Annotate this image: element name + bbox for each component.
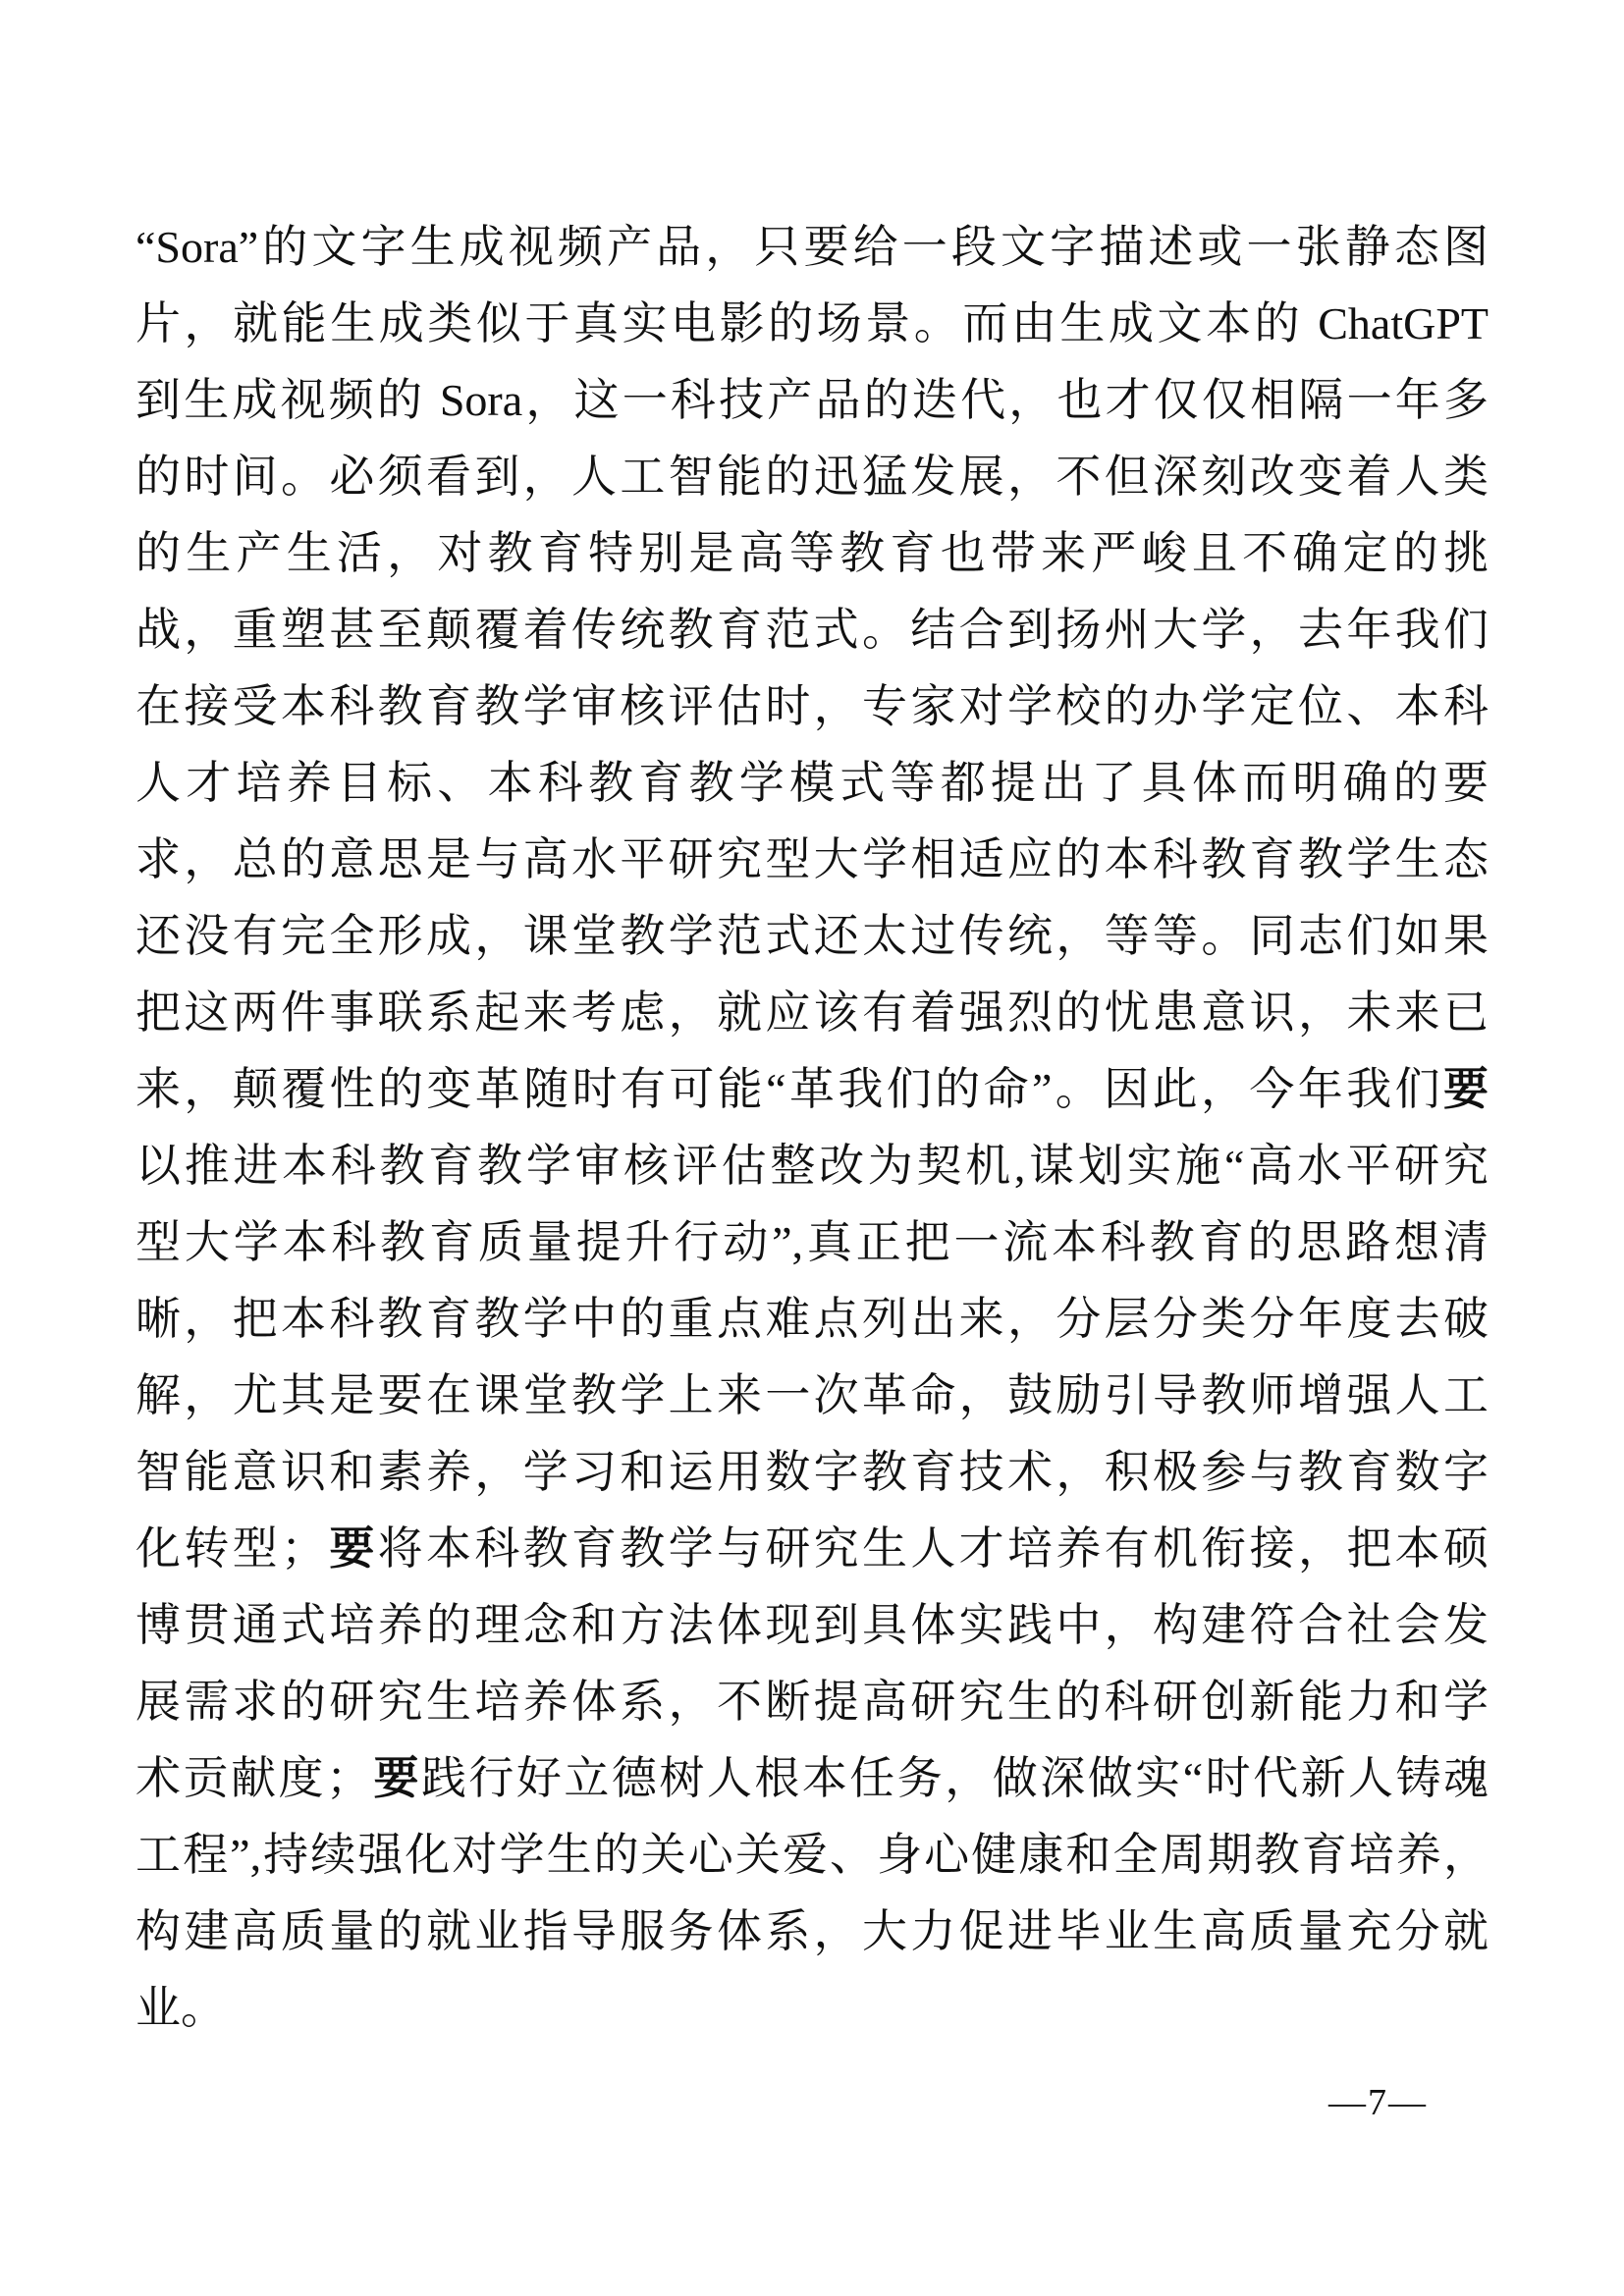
document-page: “Sora”的文字生成视频产品，只要给一段文字描述或一张静态图 片，就能生成类似… <box>0 0 1624 2296</box>
line-text: 将本科教育教学与研究生人才培养有机衔接，把本硕 <box>378 1523 1489 1574</box>
line-text: “Sora”的文字生成视频产品，只要给一段文字描述或一张静态图 <box>135 222 1489 272</box>
text-line: 把这两件事联系起来考虑，就应该有着强烈的忧患意识，未来已 <box>135 974 1489 1050</box>
text-line: 博贯通式培养的理念和方法体现到具体实践中，构建符合社会发 <box>135 1586 1489 1663</box>
text-line: 工程”,持续强化对学生的关心关爱、身心健康和全周期教育培养， <box>135 1816 1489 1893</box>
text-line: 化转型；要将本科教育教学与研究生人才培养有机衔接，把本硕 <box>135 1510 1489 1586</box>
line-text: 术贡献度； <box>135 1753 371 1803</box>
line-text: 践行好立德树人根本任务，做深做实“时代新人铸魂 <box>421 1753 1489 1803</box>
body-text: “Sora”的文字生成视频产品，只要给一段文字描述或一张静态图 片，就能生成类似… <box>135 208 1489 2046</box>
line-text: 还没有完全形成，课堂教学范式还太过传统，等等。同志们如果 <box>135 911 1489 961</box>
line-text: 解，尤其是要在课堂教学上来一次革命，鼓励引导教师增强人工 <box>135 1370 1489 1420</box>
text-line: 解，尤其是要在课堂教学上来一次革命，鼓励引导教师增强人工 <box>135 1357 1489 1433</box>
line-text: 战，重塑甚至颠覆着传统教育范式。结合到扬州大学，去年我们 <box>135 605 1489 655</box>
text-line: 到生成视频的 Sora，这一科技产品的迭代，也才仅仅相隔一年多 <box>135 361 1489 438</box>
text-line: 智能意识和素养，学习和运用数字教育技术，积极参与教育数字 <box>135 1433 1489 1510</box>
line-text: 求，总的意思是与高水平研究型大学相适应的本科教育教学生态 <box>135 834 1489 884</box>
line-text: 晰，把本科教育教学中的重点难点列出来，分层分类分年度去破 <box>135 1294 1489 1344</box>
text-line: “Sora”的文字生成视频产品，只要给一段文字描述或一张静态图 <box>135 208 1489 285</box>
text-line: 来，颠覆性的变革随时有可能“革我们的命”。因此，今年我们要 <box>135 1050 1489 1127</box>
line-text: 的时间。必须看到，人工智能的迅猛发展，不但深刻改变着人类 <box>135 452 1489 502</box>
line-text: 展需求的研究生培养体系，不断提高研究生的科研创新能力和学 <box>135 1677 1489 1727</box>
text-line: 型大学本科教育质量提升行动”,真正把一流本科教育的思路想清 <box>135 1203 1489 1280</box>
line-text: 把这两件事联系起来考虑，就应该有着强烈的忧患意识，未来已 <box>135 988 1489 1038</box>
line-text: 工程”,持续强化对学生的关心关爱、身心健康和全周期教育培养， <box>135 1830 1489 1880</box>
text-line: 战，重塑甚至颠覆着传统教育范式。结合到扬州大学，去年我们 <box>135 591 1489 667</box>
text-line: 求，总的意思是与高水平研究型大学相适应的本科教育教学生态 <box>135 821 1489 897</box>
text-line: 业。 <box>135 1969 1489 2046</box>
text-line: 片，就能生成类似于真实电影的场景。而由生成文本的 ChatGPT <box>135 285 1489 361</box>
text-line: 晰，把本科教育教学中的重点难点列出来，分层分类分年度去破 <box>135 1280 1489 1357</box>
text-line: 人才培养目标、本科教育教学模式等都提出了具体而明确的要 <box>135 744 1489 821</box>
text-line: 展需求的研究生培养体系，不断提高研究生的科研创新能力和学 <box>135 1663 1489 1739</box>
emphasis-text: 要 <box>1443 1063 1489 1114</box>
line-text: 型大学本科教育质量提升行动”,真正把一流本科教育的思路想清 <box>135 1217 1489 1267</box>
text-line: 还没有完全形成，课堂教学范式还太过传统，等等。同志们如果 <box>135 897 1489 974</box>
emphasis-text: 要 <box>371 1752 421 1803</box>
line-text: 来，颠覆性的变革随时有可能“革我们的命”。因此，今年我们 <box>135 1064 1443 1114</box>
text-line: 的生产生活，对教育特别是高等教育也带来严峻且不确定的挑 <box>135 514 1489 591</box>
text-line: 构建高质量的就业指导服务体系，大力促进毕业生高质量充分就 <box>135 1893 1489 1969</box>
line-text: 以推进本科教育教学审核评估整改为契机,谋划实施“高水平研究 <box>135 1141 1489 1191</box>
line-text: 到生成视频的 Sora，这一科技产品的迭代，也才仅仅相隔一年多 <box>135 375 1489 425</box>
line-text: 化转型； <box>135 1523 326 1574</box>
text-line: 术贡献度；要践行好立德树人根本任务，做深做实“时代新人铸魂 <box>135 1739 1489 1816</box>
page-number: —7— <box>1328 2079 1428 2126</box>
text-line: 在接受本科教育教学审核评估时，专家对学校的办学定位、本科 <box>135 667 1489 744</box>
text-line: 的时间。必须看到，人工智能的迅猛发展，不但深刻改变着人类 <box>135 438 1489 514</box>
line-text: 人才培养目标、本科教育教学模式等都提出了具体而明确的要 <box>135 758 1489 808</box>
line-text: 构建高质量的就业指导服务体系，大力促进毕业生高质量充分就 <box>135 1906 1489 1956</box>
text-line: 以推进本科教育教学审核评估整改为契机,谋划实施“高水平研究 <box>135 1127 1489 1203</box>
line-text: 智能意识和素养，学习和运用数字教育技术，积极参与教育数字 <box>135 1447 1489 1497</box>
line-text: 片，就能生成类似于真实电影的场景。而由生成文本的 ChatGPT <box>135 298 1489 348</box>
line-text: 的生产生活，对教育特别是高等教育也带来严峻且不确定的挑 <box>135 528 1489 578</box>
line-text: 博贯通式培养的理念和方法体现到具体实践中，构建符合社会发 <box>135 1600 1489 1650</box>
emphasis-text: 要 <box>326 1522 378 1574</box>
line-text: 业。 <box>135 1983 226 2033</box>
line-text: 在接受本科教育教学审核评估时，专家对学校的办学定位、本科 <box>135 681 1489 731</box>
